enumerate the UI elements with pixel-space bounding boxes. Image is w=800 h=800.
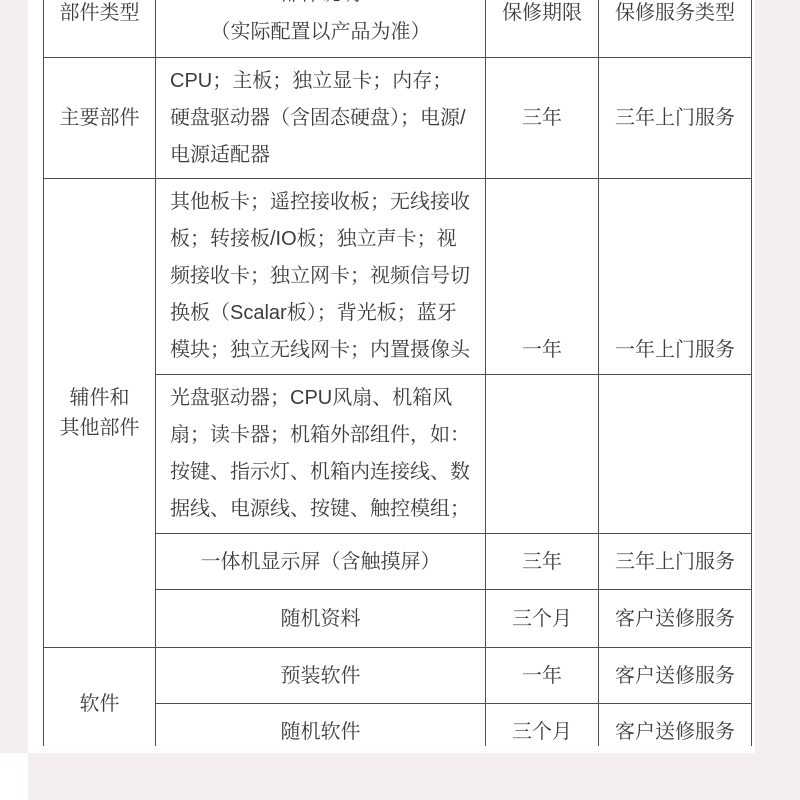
cell-aio-screen-period: 三年: [486, 534, 599, 590]
cell-bundled-software-period: 三个月: [486, 704, 599, 747]
row-preinstalled-software: 软件 预装软件 一年 客户送修服务: [44, 648, 752, 704]
cell-bundled-software-service: 客户送修服务: [599, 704, 752, 747]
warranty-table-panel: 部件类型 部件说明 （实际配置以产品为准） 保修期限 保修服务类型 主要部件 C…: [43, 0, 755, 746]
cell-bundled-docs-desc: 随机资料: [156, 590, 486, 648]
header-part-desc: 部件说明 （实际配置以产品为准）: [156, 0, 486, 58]
cell-aio-screen-desc: 一体机显示屏（含触摸屏）: [156, 534, 486, 590]
cell-preinstalled-software-desc: 预装软件: [156, 648, 486, 704]
page: 部件类型 部件说明 （实际配置以产品为准） 保修期限 保修服务类型 主要部件 C…: [0, 0, 800, 800]
cell-accessories-drive-desc: 光盘驱动器；CPU风扇、机箱风扇；读卡器；机箱外部组件，如：按键、指示灯、机箱内…: [156, 375, 486, 534]
cell-accessories-drive-service: [599, 375, 752, 534]
cell-accessories-drive-period: [486, 375, 599, 534]
cell-accessories-boards-period: 一年: [486, 179, 599, 375]
cell-main-parts-desc: CPU；主板；独立显卡；内存；硬盘驱动器（含固态硬盘）；电源/电源适配器: [156, 58, 486, 179]
row-main-parts: 主要部件 CPU；主板；独立显卡；内存；硬盘驱动器（含固态硬盘）；电源/电源适配…: [44, 58, 752, 179]
cell-preinstalled-software-service: 客户送修服务: [599, 648, 752, 704]
cell-accessories-boards-desc: 其他板卡；遥控接收板；无线接收板；转接板/IO板；独立声卡；视频接收卡；独立网卡…: [156, 179, 486, 375]
cell-accessories-boards-service: 一年上门服务: [599, 179, 752, 375]
cell-preinstalled-software-period: 一年: [486, 648, 599, 704]
cell-bundled-docs-period: 三个月: [486, 590, 599, 648]
cell-software-category: 软件: [44, 648, 156, 747]
cell-main-parts-service: 三年上门服务: [599, 58, 752, 179]
cell-bundled-docs-service: 客户送修服务: [599, 590, 752, 648]
header-part-desc-note: （实际配置以产品为准）: [156, 13, 485, 51]
cell-main-parts-period: 三年: [486, 58, 599, 179]
cell-accessories-category: 辅件和 其他部件: [44, 179, 156, 648]
cell-bundled-software-desc: 随机软件: [156, 704, 486, 747]
header-part-type: 部件类型: [44, 0, 156, 58]
table-header-row: 部件类型 部件说明 （实际配置以产品为准） 保修期限 保修服务类型: [44, 0, 752, 58]
page-margin-right: [755, 0, 800, 800]
cell-main-parts-category: 主要部件: [44, 58, 156, 179]
cell-aio-screen-service: 三年上门服务: [599, 534, 752, 590]
header-warranty-period: 保修期限: [486, 0, 599, 58]
row-accessories-boards: 辅件和 其他部件 其他板卡；遥控接收板；无线接收板；转接板/IO板；独立声卡；视…: [44, 179, 752, 375]
page-margin-bottom: [28, 753, 755, 800]
page-margin-left: [0, 0, 28, 753]
warranty-table: 部件类型 部件说明 （实际配置以产品为准） 保修期限 保修服务类型 主要部件 C…: [43, 0, 752, 746]
header-part-desc-title: 部件说明: [156, 0, 485, 13]
header-service-type: 保修服务类型: [599, 0, 752, 58]
